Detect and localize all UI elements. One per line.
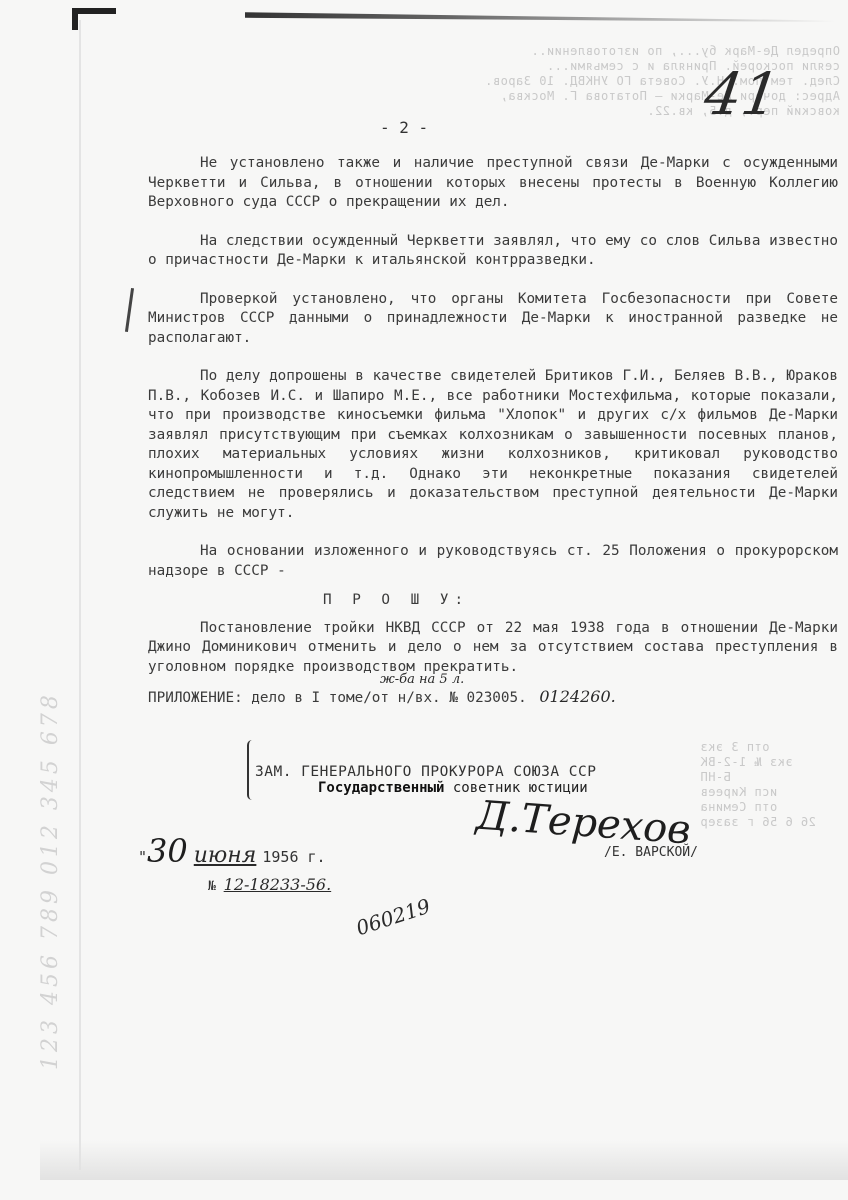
- paragraph-witnesses: По делу допрошены в качестве свидетелей …: [148, 367, 838, 523]
- document-page: Определ Де-Марк бу..., по изготовлении..…: [0, 0, 848, 1200]
- request-text: Постановление тройки НКВД СССР от 22 мая…: [148, 619, 838, 678]
- paragraph-no-criminal-link: Не установлено также и наличие преступно…: [148, 154, 838, 213]
- page-number: - 2 -: [380, 118, 428, 137]
- signatory-rank: Государственный советник юстиции: [318, 780, 588, 796]
- left-margin-handwriting: 123 456 789 012 345 678: [38, 420, 78, 1070]
- rank-stamp: Государственный: [318, 780, 444, 796]
- date-quote: ": [138, 848, 147, 866]
- date-year: 1956 г.: [262, 848, 325, 866]
- date-day: 30: [147, 832, 188, 870]
- handwritten-code: 060219: [353, 894, 433, 940]
- request-heading: П Р О Ш У:: [323, 591, 838, 611]
- folio-number: 41: [700, 60, 783, 128]
- corner-ink-mark: [72, 8, 116, 14]
- signatory-name: /Е. ВАРСКОЙ/: [604, 845, 698, 860]
- document-body: Не установлено также и наличие преступно…: [148, 154, 838, 709]
- paragraph-kgb-verification: Проверкой установлено, что органы Комите…: [148, 290, 838, 349]
- rank-text: советник юстиции: [453, 780, 588, 796]
- registration-value: 12-18233-56.: [224, 875, 332, 894]
- appendix-handwritten-number: 0124260.: [539, 687, 615, 706]
- bleed-through-text-right: отп 3 экз экз № 1-2-ВК Б-НП исп Киреев о…: [700, 740, 816, 830]
- date-month: июня: [194, 843, 257, 868]
- appendix-line: ПРИЛОЖЕНИЕ: дело в I томе/от н/вх. № 023…: [148, 687, 838, 709]
- bottom-edge-shadow: [40, 1140, 848, 1180]
- registration-number: № 12-18233-56.: [208, 875, 331, 894]
- signatory-title: ЗАМ. ГЕНЕРАЛЬНОГО ПРОКУРОРА СОЮЗА ССР: [255, 764, 597, 780]
- margin-check-mark: [125, 288, 134, 332]
- appendix-text: дело в I томе/от н/вх. № 023005.: [251, 690, 526, 706]
- top-ink-smear: [245, 8, 835, 22]
- appendix-label: ПРИЛОЖЕНИЕ:: [148, 690, 243, 706]
- document-date: "30июня1956 г.: [138, 832, 326, 870]
- appendix-handwritten-note: ж-ба на 5 л.: [380, 672, 464, 687]
- binding-margin-line: [79, 20, 81, 1170]
- registration-prefix: №: [208, 879, 216, 894]
- paragraph-cherkvetti-statement: На следствии осужденный Черкветти заявля…: [148, 232, 838, 271]
- paragraph-legal-basis: На основании изложенного и руководствуяс…: [148, 542, 838, 581]
